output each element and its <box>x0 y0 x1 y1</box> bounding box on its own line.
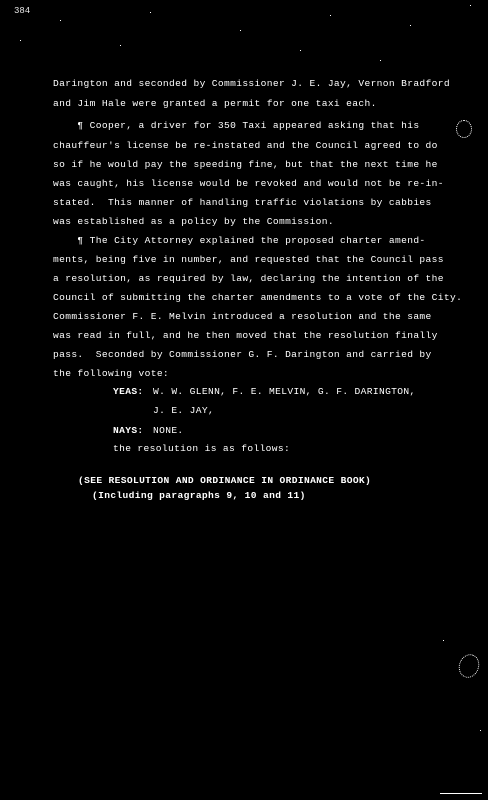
yeas-names-continued: J. E. JAY, <box>153 405 214 416</box>
text-line: so if he would pay the speeding fine, bu… <box>53 159 438 170</box>
scan-speck <box>300 50 301 51</box>
text-line: was established as a policy by the Commi… <box>53 216 334 227</box>
scan-speck <box>150 12 151 13</box>
scan-speck <box>380 60 381 61</box>
scan-speck <box>60 20 61 21</box>
text-line: and Jim Hale were granted a permit for o… <box>53 98 377 109</box>
text-line: Commissioner F. E. Melvin introduced a r… <box>53 311 432 322</box>
yeas-names: W. W. GLENN, F. E. MELVIN, G. F. DARINGT… <box>153 386 416 397</box>
text-line: a resolution, as required by law, declar… <box>53 273 444 284</box>
text-line: ments, being five in number, and request… <box>53 254 444 265</box>
text-line: chauffeur's license be re-instated and t… <box>53 140 438 151</box>
scan-speck <box>120 45 121 46</box>
scan-speck <box>410 25 411 26</box>
text-line: ¶ The City Attorney explained the propos… <box>53 235 426 246</box>
closing-line: the resolution is as follows: <box>113 443 290 454</box>
scan-edge-mark <box>440 793 482 794</box>
yeas-label: YEAS: <box>113 386 144 397</box>
nays-label: NAYS: <box>113 425 144 436</box>
text-line: stated. This manner of handling traffic … <box>53 197 432 208</box>
nays-names: NONE. <box>153 425 184 436</box>
punch-hole-mark-bottom <box>455 651 482 680</box>
text-line: was read in full, and he then moved that… <box>53 330 438 341</box>
scan-speck <box>330 15 331 16</box>
scan-speck <box>470 5 471 6</box>
text-line: the following vote: <box>53 368 169 379</box>
text-line: pass. Seconded by Commissioner G. F. Dar… <box>53 349 432 360</box>
reference-note: (SEE RESOLUTION AND ORDINANCE IN ORDINAN… <box>78 475 371 486</box>
punch-hole-mark-top <box>456 120 472 138</box>
reference-subnote: (Including paragraphs 9, 10 and 11) <box>92 490 306 501</box>
text-line: Council of submitting the charter amendm… <box>53 292 462 303</box>
text-line: was caught, his license would be revoked… <box>53 178 444 189</box>
scan-speck <box>443 640 444 641</box>
scan-speck <box>240 30 241 31</box>
scan-speck <box>480 730 481 731</box>
scan-speck <box>20 40 21 41</box>
page-number: 384 <box>14 6 30 16</box>
text-line: Darington and seconded by Commissioner J… <box>53 78 450 89</box>
text-line: ¶ Cooper, a driver for 350 Taxi appeared… <box>53 120 419 131</box>
